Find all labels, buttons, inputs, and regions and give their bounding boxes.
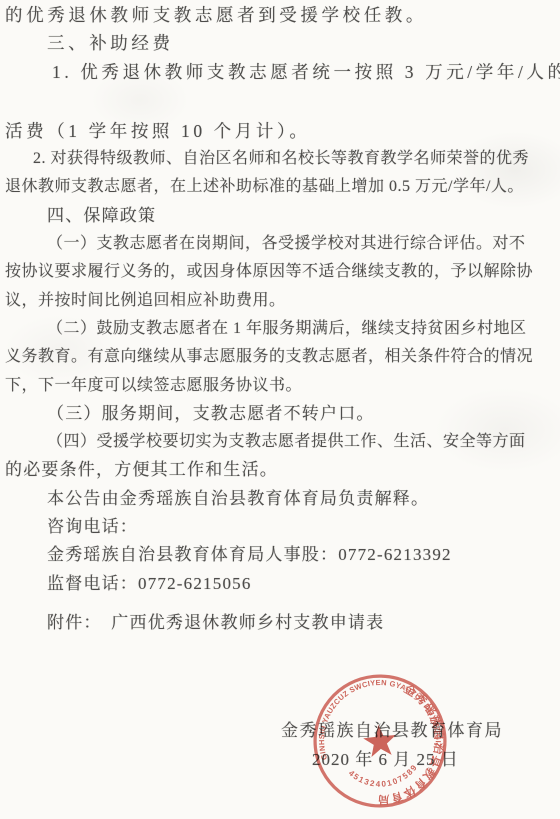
contact-label: 咨询电话：: [5, 513, 554, 541]
doc-line: 的优秀退休教师支教志愿者到受援学校任教。: [5, 1, 554, 29]
doc-line: 本公告由金秀瑶族自治县教育体育局负责解释。: [5, 485, 554, 513]
doc-heading-subsidy: 三、补助经费: [5, 29, 554, 57]
doc-line: 退休教师支教志愿者，在上述补助标准的基础上增加 0.5 万元/学年/人。: [5, 173, 554, 201]
attachment-line: 附件： 广西优秀退休教师乡村支教申请表: [5, 609, 554, 637]
scanned-document-page: 的优秀退休教师支教志愿者到受援学校任教。 三、补助经费 1. 优秀退休教师支教志…: [0, 0, 560, 819]
doc-line: 活费（1 学年按照 10 个月计）。: [5, 117, 554, 145]
doc-line: （三）服务期间，支教志愿者不转户口。: [5, 400, 554, 428]
doc-line: 2. 对获得特级教师、自治区名师和名校长等教育教学名师荣誉的优秀: [5, 145, 554, 173]
document-body: 的优秀退休教师支教志愿者到受援学校任教。 三、补助经费 1. 优秀退休教师支教志…: [5, 1, 554, 637]
doc-line: 按协议要求履行义务的，或因身体原因等不适合继续支教的，予以解除协: [5, 258, 554, 286]
doc-line: 议，并按时间比例追回相应补助费用。: [5, 287, 554, 315]
doc-line: 的必要条件，方便其工作和生活。: [5, 456, 554, 484]
doc-line: （一）支教志愿者在岗期间，各受援学校对其进行综合评估。对不: [5, 230, 554, 258]
seal-star-icon: [362, 723, 398, 758]
doc-line: 下，下一年度可以续签志愿服务协议书。: [5, 372, 554, 400]
doc-line: （四）受援学校要切实为支教志愿者提供工作、生活、安全等方面: [5, 428, 554, 456]
doc-line: 义务教育。有意向继续从事志愿服务的支教志愿者，相关条件符合的情况: [5, 343, 554, 371]
doc-line: （二）鼓励支教志愿者在 1 年服务期满后，继续支持贫困乡村地区: [5, 315, 554, 343]
doc-heading-policy: 四、保障政策: [5, 202, 554, 230]
official-seal: GINHSIU YAUZCUZ SWCIYEN GYAUYUZ DIJYUZ G…: [303, 664, 457, 818]
contact-phone-line: 金秀瑶族自治县教育体育局人事股：0772-6213392: [5, 541, 554, 569]
supervision-phone-line: 监督电话：0772-6215056: [5, 570, 554, 598]
doc-line: 1. 优秀退休教师支教志愿者统一按照 3 万元/学年/人的标准补助生: [5, 58, 554, 86]
